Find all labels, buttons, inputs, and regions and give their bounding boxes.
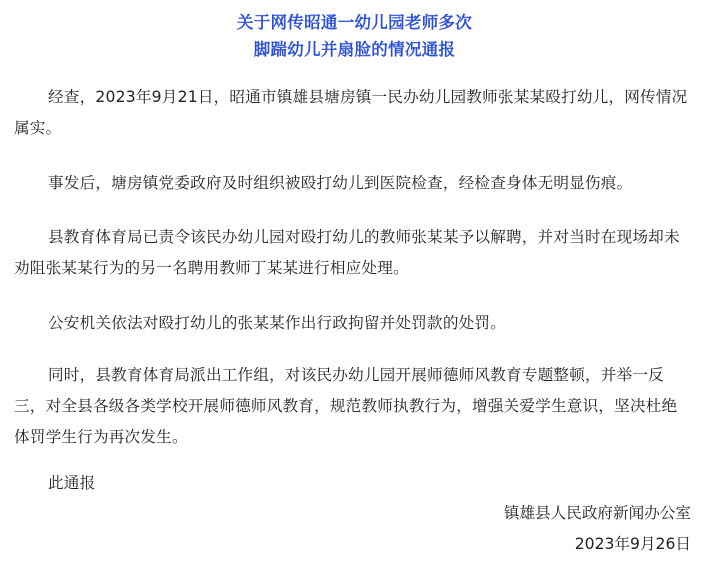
paragraph-text: 经查，2023年9月21日，昭通市镇雄县塘房镇一民办幼儿园教师张某某殴打幼儿，网… (14, 82, 693, 144)
paragraph-text: 县教育体育局已责令该民办幼儿园对殴打幼儿的教师张某某予以解聘，并对当时在现场却未… (14, 222, 693, 284)
paragraph-text: 公安机关依法对殴打幼儿的张某某作出行政拘留并处罚款的处罚。 (14, 308, 693, 339)
paragraph-medical-check: 事发后，塘房镇党委政府及时组织被殴打幼儿到医院检查，经检查身体无明显伤痕。 (14, 168, 693, 199)
paragraph-text: 事发后，塘房镇党委政府及时组织被殴打幼儿到医院检查，经检查身体无明显伤痕。 (14, 168, 693, 199)
issue-date: 2023年9月26日 (575, 529, 691, 560)
title-line-2: 脚踹幼儿并扇脸的情况通报 (0, 36, 709, 63)
paragraph-dismissal: 县教育体育局已责令该民办幼儿园对殴打幼儿的教师张某某予以解聘，并对当时在现场却未… (14, 222, 693, 284)
notice-document: 关于网传昭通一幼儿园老师多次 脚踹幼儿并扇脸的情况通报 经查，2023年9月21… (0, 0, 709, 567)
paragraph-rectification: 同时，县教育体育局派出工作组，对该民办幼儿园开展师德师风教育专题整顿，并举一反三… (14, 360, 693, 453)
issuer-signature: 镇雄县人民政府新闻办公室 (504, 498, 691, 529)
paragraph-closing: 此通报 (14, 468, 693, 499)
paragraph-police-action: 公安机关依法对殴打幼儿的张某某作出行政拘留并处罚款的处罚。 (14, 308, 693, 339)
paragraph-investigation: 经查，2023年9月21日，昭通市镇雄县塘房镇一民办幼儿园教师张某某殴打幼儿，网… (14, 82, 693, 144)
paragraph-text: 同时，县教育体育局派出工作组，对该民办幼儿园开展师德师风教育专题整顿，并举一反三… (14, 360, 693, 453)
title-line-1: 关于网传昭通一幼儿园老师多次 (0, 9, 709, 36)
notice-title: 关于网传昭通一幼儿园老师多次 脚踹幼儿并扇脸的情况通报 (0, 0, 709, 63)
paragraph-text: 此通报 (14, 468, 693, 499)
